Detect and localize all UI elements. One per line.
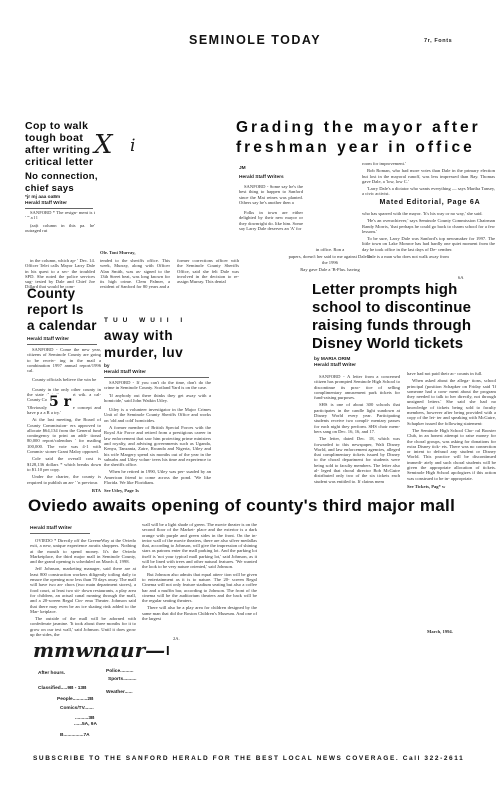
mayor-story-col-b-bottom: who has sparred with the mayor. 'It's hi…: [362, 211, 495, 261]
headline-line: County: [27, 286, 97, 302]
mayor-page-ref: 6A: [458, 275, 464, 280]
index-item-3b: ..........3B: [75, 716, 94, 721]
oviedo-date-note: March, 1994.: [427, 629, 453, 634]
paragraph: Cole said the overall cost is $128,136 d…: [27, 456, 101, 472]
paragraph: Bob Roman, who had more votes than Dale …: [362, 168, 495, 184]
cop-story-subhead: No connection, chief says: [25, 171, 111, 194]
cop-story-col-2: tended to the sheriffs office. This week…: [100, 258, 170, 292]
headline-line: a calendar: [27, 318, 97, 334]
county-end-mark: BTA: [27, 488, 101, 493]
paragraph: At the last meeting, the Board of County…: [27, 417, 101, 454]
oviedo-story-byline: Herald Staff Writer: [30, 526, 90, 534]
index-bar-mark: I: [166, 643, 170, 658]
headline-line: Grading the mayor after: [236, 118, 481, 138]
newspaper-page: SEMINOLE TODAY 7r, Fonts Cop to walk tou…: [0, 0, 499, 800]
paragraph: 'Larry Dale's a dictator who wants every…: [362, 186, 495, 197]
paragraph: room for improvement.': [362, 161, 495, 166]
paragraph: papers, doesn't her said to me against D…: [286, 254, 374, 265]
paragraph: Jeff Johnson, marketing manager, said th…: [30, 566, 136, 614]
county-story-headline: County report Is a calendar: [27, 286, 97, 334]
paragraph: When he retired in 1990, Utley was per- …: [104, 469, 211, 485]
paragraph: There will also be a play area for child…: [142, 605, 257, 621]
mayor-story-col-a: SANFORD - Some say he's the best thing t…: [239, 184, 303, 233]
letter-story-byline: by MARIA ORIM Herald Staff Writer: [314, 357, 394, 369]
index-item-5a-9a: ......5A, 9A: [74, 722, 97, 727]
county-byline-title: Herald Staff Writer: [27, 337, 97, 345]
mayor-byline-title: Herald Staff Writers: [239, 175, 303, 181]
proof-x-mark: X: [94, 130, 113, 160]
proof-5r-mark: 5 r: [47, 394, 73, 410]
murder-see-ref: See Utley, Page 3s: [104, 488, 211, 493]
letter-story-headline: Letter prompts high school to discontinu…: [312, 281, 484, 353]
paragraph: SHS is one of about 300 schools that par…: [314, 402, 400, 434]
paragraph: Folks in town are either delighted by th…: [239, 210, 303, 231]
paragraph: SANFORD - If you can't do the time, don'…: [104, 380, 211, 391]
oviedo-byline-title: Herald Staff Writer: [30, 526, 90, 534]
paragraph: OVIEDO * Directly off the GreeneWay at t…: [30, 538, 136, 564]
oviedo-story-col-b: wall will be a light shade of green. The…: [142, 522, 257, 623]
proof-note: 7r, Fonts: [424, 38, 452, 44]
murder-story-body: SANFORD - If you can't do the time, don'…: [104, 380, 211, 496]
headline-line: murder, luv: [104, 344, 183, 361]
cop-story-intro: SANFORD * The resign- ment is t ' ''' a …: [25, 210, 95, 235]
index-item-sports: Sports..........: [108, 677, 137, 682]
oviedo-page-number: 2A.: [171, 636, 182, 641]
letter-story-col-a: SANFORD - A letter from a concerned citi…: [314, 374, 400, 486]
paragraph: The Seminole High School Cho- ral Booste…: [407, 428, 496, 481]
paragraph: SANFORD - Some say he's the best thing t…: [239, 184, 303, 205]
index-item-7a: B...............7A: [60, 733, 90, 738]
murder-story-kicker: TUU WUII I: [104, 317, 187, 324]
paragraph: But Johnson also admits that equal atten…: [142, 572, 257, 604]
paragraph: tended to the sheriffs office. This week…: [100, 258, 170, 290]
index-item-weather: Weather......: [106, 690, 133, 695]
cop-byline-title: Herald Staff Writer: [25, 201, 93, 209]
paragraph: who has sparred with the mayor. 'It's hi…: [362, 211, 495, 216]
paragraph: SANFORD - Come the new year, citizens of…: [27, 347, 101, 373]
paragraph: Under the charter, the county is require…: [27, 474, 101, 485]
paragraph: When asked about the allega- tions, scho…: [407, 378, 496, 426]
paragraph: former corrections officer with the Semi…: [177, 258, 239, 284]
cop-story-headline: Cop to walk tough boat after writing cri…: [25, 120, 103, 168]
mayor-story-col-b-top: room for improvement.' Bob Roman, who ha…: [362, 161, 495, 199]
index-item-police: Police..........: [106, 669, 133, 674]
headline-line: freshman year in office: [236, 138, 481, 158]
paragraph: SANFORD - A letter from a concerned citi…: [314, 374, 400, 400]
paragraph: (aa)t column in this pa. he' outraged ru…: [25, 223, 95, 234]
letter-byline-title: Herald Staff Writer: [314, 363, 394, 369]
county-story-byline: Herald Staff Writer: [27, 337, 97, 345]
paragraph: To be sure, Larry Dale was Sanford's top…: [362, 236, 495, 252]
paragraph: have had not paid their ac- counts in fu…: [407, 371, 496, 376]
headline-line: away with: [104, 327, 183, 344]
paragraph: 'If anybody out there thinks they get aw…: [104, 393, 211, 404]
cop-story-byline: *jr mj aaa oa8m Herald Staff Writer: [25, 195, 93, 209]
paragraph: Ray gave Dale a 'B-Plus. having: [286, 267, 374, 272]
county-story-body: SANFORD - Come the new year, citizens of…: [27, 347, 101, 495]
murder-story-byline: by Herald Staff Writer: [104, 364, 209, 378]
index-item-classified: Classified.....9B - 13B: [38, 686, 87, 691]
subscription-banner: SUBSCRIBE TO THE SANFORD HERALD FOR THE …: [33, 755, 464, 762]
paragraph: Utley is a volunteer investigator in the…: [104, 407, 211, 423]
paragraph: in office. Ron a: [286, 247, 374, 252]
paragraph: wall will be a light shade of green. The…: [142, 522, 257, 570]
paragraph: 'He's an overachiever,' says Seminole Co…: [362, 218, 495, 234]
paragraph: The letter, dated Dec. 18, which was for…: [314, 436, 400, 484]
headline-line: report Is: [27, 302, 97, 318]
masthead-title: SEMINOLE TODAY: [189, 33, 321, 47]
paragraph: in the column, which ap- ' Dec. 14. Offi…: [25, 258, 95, 290]
index-scribble-mark: mmwnaur—: [33, 638, 165, 662]
cop-story-col-3: former corrections officer with the Semi…: [177, 258, 239, 286]
murder-story-headline: away with murder, luv: [104, 327, 183, 361]
index-item-comics-tv: Comics/TV.......: [60, 706, 94, 711]
proof-i-mark: i: [130, 136, 135, 156]
paragraph: A former member of British Special Force…: [104, 425, 211, 467]
oviedo-story-col-a: OVIEDO * Directly off the GreeneWay at t…: [30, 538, 136, 639]
paragraph: County officials believe the win be: [27, 377, 101, 382]
oviedo-story-headline: Oviedo awaits opening of county's third …: [28, 496, 455, 516]
mayor-editorial-ref: Mated Editorial, Page 6A: [366, 199, 494, 206]
mayor-byline-name: JM: [239, 166, 303, 172]
paragraph: SANFORD * The resign- ment is t ' ''' a …: [25, 210, 95, 221]
mayor-story-headline: Grading the mayor after freshman year in…: [236, 118, 481, 158]
letter-see-ref: See Tickets, Pag* w: [407, 484, 496, 489]
index-item-after-hours: After hours.: [38, 671, 65, 676]
cop-story-note: Ole. Toni Murray,: [100, 250, 135, 255]
paragraph: The outside of the mall will be adorned …: [30, 616, 136, 637]
paragraph: Dale is a man who does not walk away fro…: [362, 254, 495, 259]
murder-byline-title: Herald Staff Writer: [104, 370, 209, 378]
index-item-people: People...........2B: [57, 697, 94, 702]
letter-story-col-b: have had not paid their ac- counts in fu…: [407, 371, 496, 491]
mayor-story-fragments: in office. Ron a papers, doesn't her sai…: [286, 247, 374, 274]
mayor-story-byline: JM Herald Staff Writers: [239, 166, 303, 181]
